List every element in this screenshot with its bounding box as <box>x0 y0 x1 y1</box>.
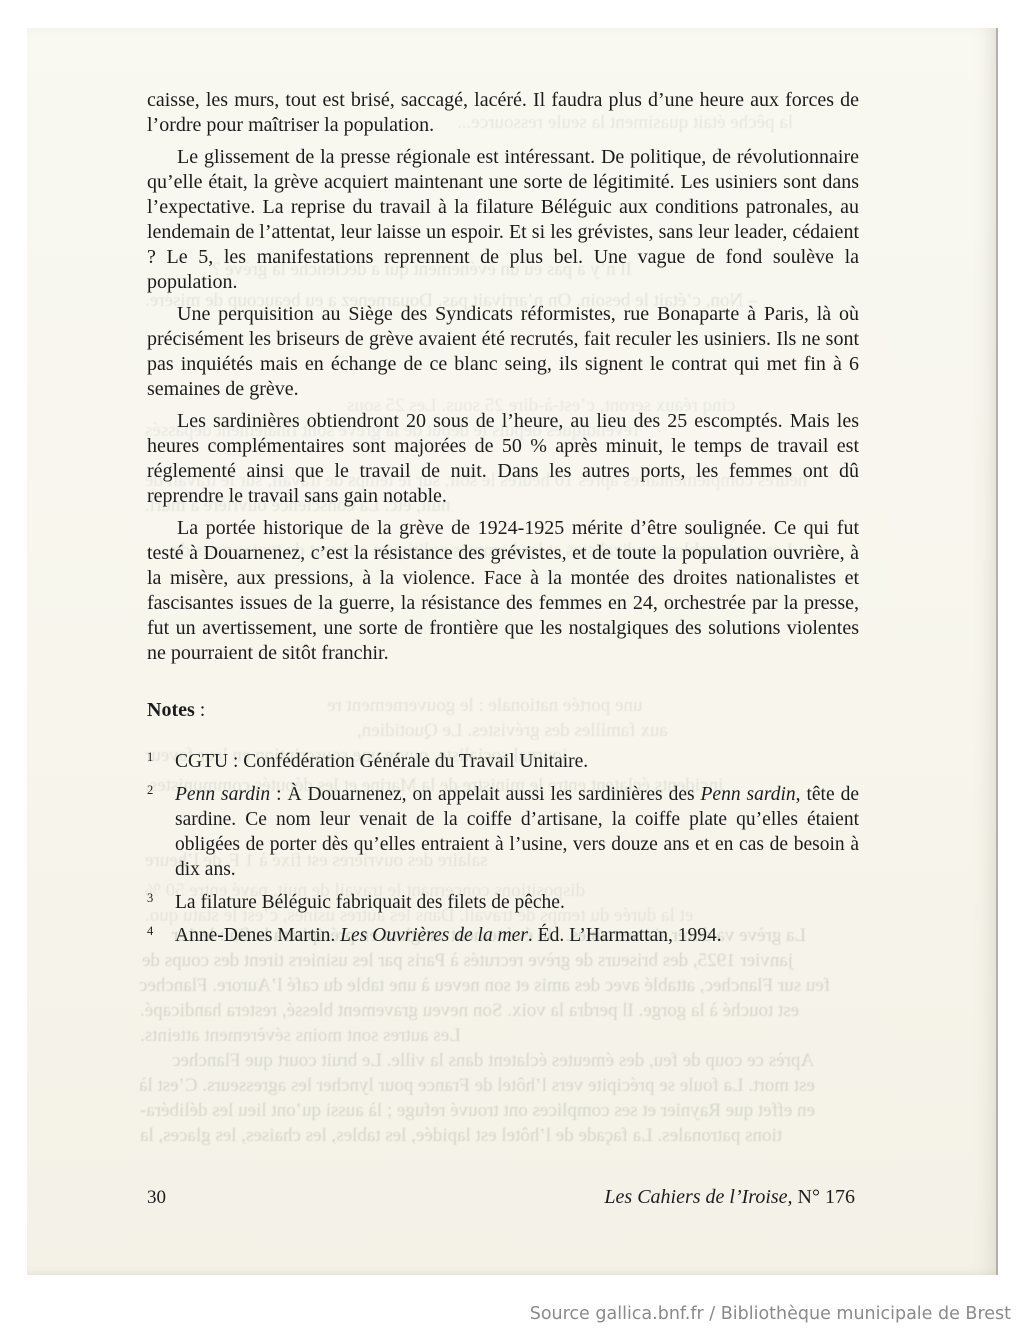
verso-bleed-line: Les autres sont moins sévèrement atteint… <box>140 1025 461 1047</box>
verso-bleed-line: est mort. La foule se précipite vers l’h… <box>139 1075 815 1097</box>
journal-title: Les Cahiers de l’Iroise, <box>604 1186 792 1208</box>
verso-bleed-line: est touché à la gorge. Il perdra la voix… <box>140 1000 799 1022</box>
journal-issue-number: N° 176 <box>793 1186 855 1208</box>
footnote-number: 1 <box>147 745 153 770</box>
footnotes: 1CGTU : Confédération Générale du Travai… <box>147 749 859 948</box>
paragraph: La portée historique de la grève de 1924… <box>147 516 859 666</box>
paragraph: Une perquisition au Siège des Syndicats … <box>147 302 859 402</box>
paragraph: caisse, les murs, tout est brisé, saccag… <box>147 88 859 138</box>
verso-bleed-line: feu sur Flanchec, attablé avec des amis … <box>139 975 830 997</box>
notes-heading-colon: : <box>195 699 206 721</box>
footnote-number: 2 <box>147 778 153 803</box>
footnote: 3La filature Béléguic fabriquait des fil… <box>147 890 859 915</box>
page-footer: 30 Les Cahiers de l’Iroise, N° 176 <box>147 1186 855 1209</box>
verso-bleed-line: en effet que Raynier et ses complices on… <box>140 1100 815 1122</box>
paragraph: Les sardinières obtiendront 20 sous de l… <box>147 409 859 509</box>
footnote: 4Anne-Denes Martin. Les Ouvrières de la … <box>147 923 859 948</box>
footnote: 1CGTU : Confédération Générale du Travai… <box>147 749 859 774</box>
scanned-page: la pêche était quasiment la seule ressou… <box>27 28 998 1276</box>
gallica-source-bar: Source gallica.bnf.fr / Bibliothèque mun… <box>0 1275 1024 1337</box>
footnote-number: 4 <box>147 919 153 944</box>
footnote: 2Penn sardin : À Douarnenez, on appelait… <box>147 782 859 882</box>
source-attribution: Source gallica.bnf.fr / Bibliothèque mun… <box>530 1304 1011 1324</box>
page-number: 30 <box>147 1187 166 1209</box>
body-paragraphs: caisse, les murs, tout est brisé, saccag… <box>147 88 859 666</box>
journal-reference: Les Cahiers de l’Iroise, N° 176 <box>604 1186 855 1209</box>
notes-heading-label: Notes <box>147 699 195 721</box>
verso-bleed-line: Après ce coup de feu, des émeutes éclate… <box>172 1050 814 1072</box>
verso-bleed-line: tions patronales. La façade de l’hôtel e… <box>140 1125 782 1147</box>
paragraph: Le glissement de la presse régionale est… <box>147 145 859 295</box>
article-body: caisse, les murs, tout est brisé, saccag… <box>147 88 859 956</box>
notes-heading: Notes : <box>147 698 859 723</box>
footnote-number: 3 <box>147 886 153 911</box>
